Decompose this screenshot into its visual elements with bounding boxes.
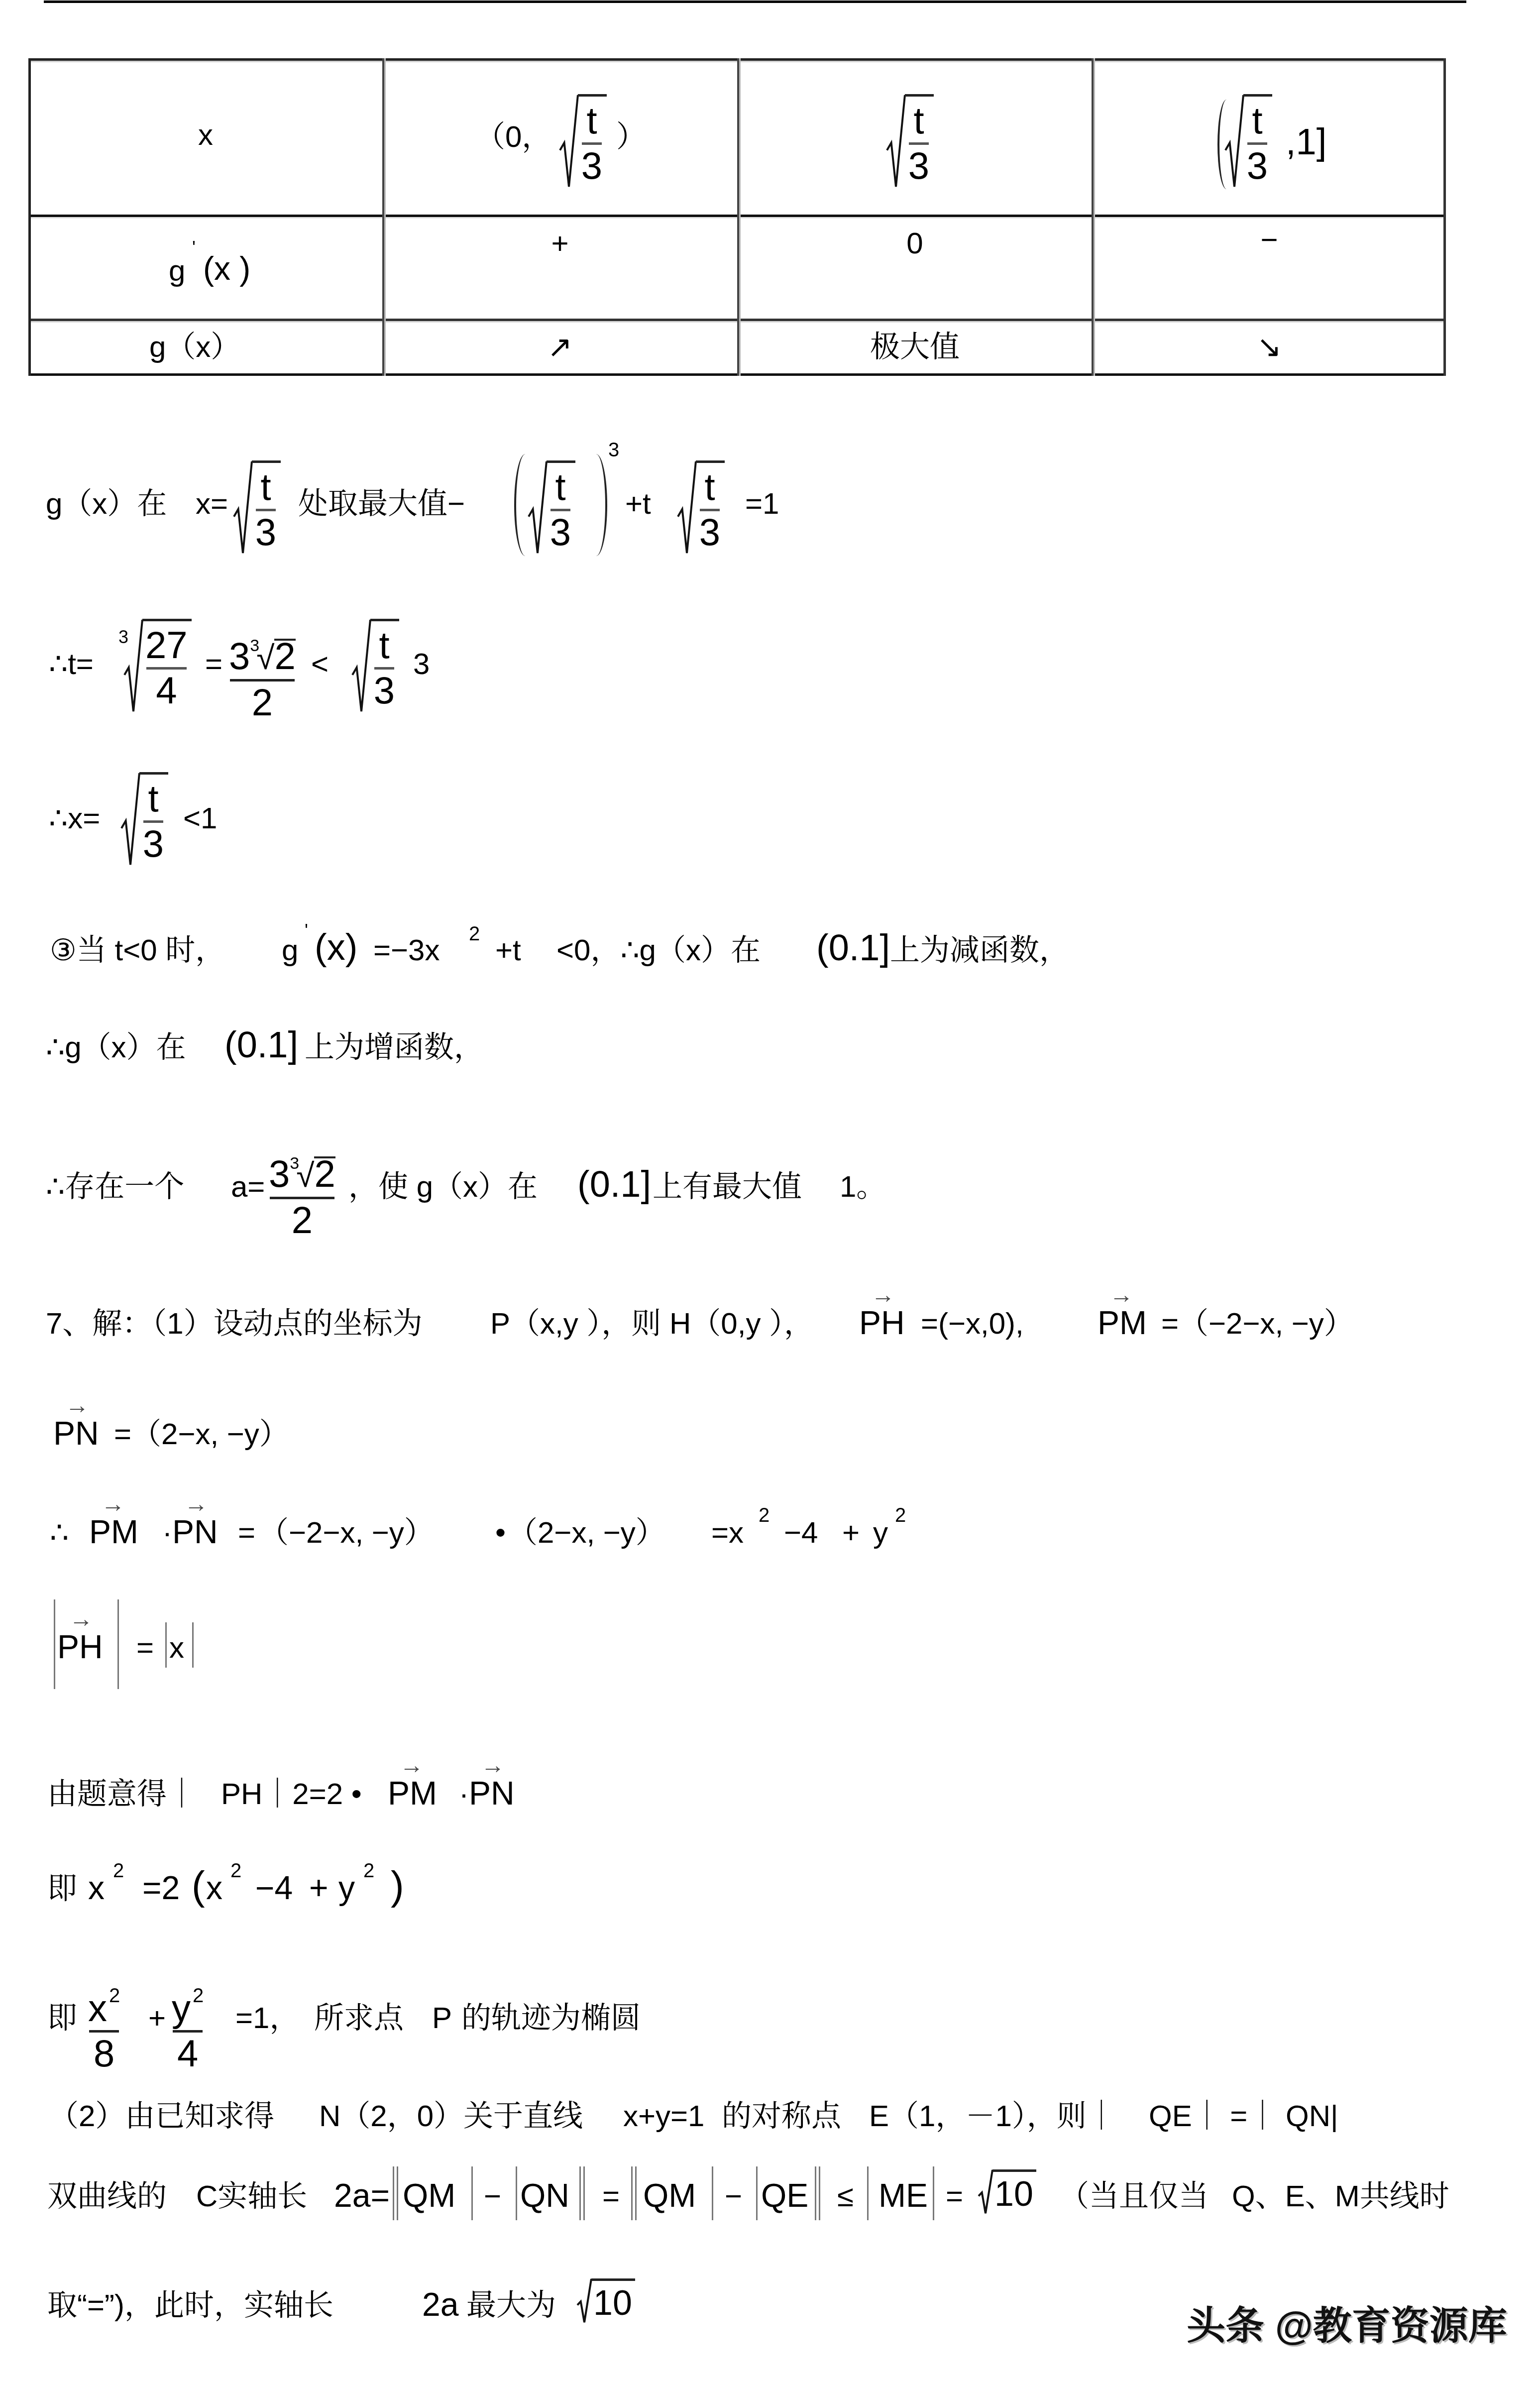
vector-label: PN xyxy=(172,1513,218,1550)
sqrt-t-over-3: t3 xyxy=(121,772,168,866)
text: =1， xyxy=(235,2003,299,2033)
text: + xyxy=(148,2003,166,2033)
numerator: y2 xyxy=(172,1974,204,2030)
text: = xyxy=(205,649,222,679)
denominator: 3 xyxy=(1247,145,1268,188)
max-value-cell: 极大值 xyxy=(738,332,1092,362)
vector-label: PN xyxy=(53,1415,99,1452)
text: < xyxy=(311,649,329,679)
abs-bar xyxy=(471,2166,473,2220)
radicand: 10 xyxy=(591,2278,635,2323)
paren-right: ) xyxy=(391,1866,404,1906)
text: g（x）在 xyxy=(46,489,167,519)
abs-bar xyxy=(712,2166,713,2220)
text: = xyxy=(946,2181,963,2211)
vector-pn: →PN xyxy=(53,1417,99,1450)
table-col-divider-shade xyxy=(1094,58,1095,376)
text: a= xyxy=(231,1172,265,1202)
abs-bar xyxy=(192,1622,194,1668)
exponent: 2 xyxy=(113,1861,124,1881)
text: y xyxy=(873,1518,888,1548)
sqrt-t-over-3: t3 xyxy=(1225,94,1272,188)
text: N（2，0）关于直线 xyxy=(319,2101,583,2131)
text: 取“=”)，此时，实轴长 xyxy=(47,2290,333,2320)
vector-arrow-icon: → xyxy=(400,1754,424,1778)
sqrt-t-over-3: t3 xyxy=(352,619,399,712)
vector-arrow-icon: → xyxy=(871,1283,895,1307)
sign-cell: + xyxy=(383,228,737,258)
abs-bar xyxy=(165,1622,167,1668)
interval: (0.1] xyxy=(577,1166,651,1203)
numerator: t xyxy=(1252,100,1262,142)
text: x xyxy=(169,1633,184,1663)
table-border-right xyxy=(1443,58,1446,376)
text: （当且仅当 xyxy=(1059,2181,1209,2211)
numerator: x2 xyxy=(88,1974,120,2030)
denominator: 3 xyxy=(581,145,602,188)
sqrt-t-over-3: t3 xyxy=(529,460,575,554)
sqrt-t-over-3: t3 xyxy=(678,460,725,554)
abs-bar xyxy=(54,1599,55,1689)
row-header-x: x xyxy=(198,120,213,150)
text: x= xyxy=(196,489,228,519)
radical-sign-icon xyxy=(529,460,547,554)
text: 上为增函数， xyxy=(305,1032,484,1062)
text: 双曲线的 xyxy=(47,2181,167,2211)
fraction-3-cbrt2-over-2: 33√2 2 xyxy=(229,624,296,724)
text: =x xyxy=(711,1518,744,1548)
interval: (0.1] xyxy=(224,1026,298,1063)
text: ③当 t<0 时， xyxy=(50,935,225,965)
denominator: 2 xyxy=(252,681,273,724)
text: ∴存在一个 xyxy=(46,1172,184,1202)
abs-bar xyxy=(397,2166,398,2220)
radical-sign-icon xyxy=(577,2278,591,2323)
table-border-left xyxy=(28,58,31,376)
text: 1。 xyxy=(840,1172,886,1202)
abs-bar xyxy=(635,2166,637,2220)
text: PH｜2=2 • xyxy=(221,1779,362,1809)
denominator: 4 xyxy=(156,670,177,712)
exponent: 2 xyxy=(895,1505,906,1525)
radical-sign-icon xyxy=(121,772,139,866)
text: =1 xyxy=(745,489,779,519)
exponent: 2 xyxy=(230,1861,241,1881)
text: <1 xyxy=(183,803,217,833)
text: （2）由已知求得 xyxy=(49,2101,274,2131)
text: 2a xyxy=(422,2288,458,2321)
text: 3 xyxy=(413,649,430,679)
text: + xyxy=(842,1518,860,1548)
numerator: t xyxy=(586,100,597,142)
sign-cell: − xyxy=(1092,225,1446,255)
text: • xyxy=(495,1518,506,1548)
fraction-y2-over-4: y2 4 xyxy=(172,1974,204,2075)
text: P xyxy=(432,2003,452,2033)
radical-sign-icon xyxy=(1225,94,1243,188)
text: 的对称点 xyxy=(722,2101,841,2131)
big-paren-left xyxy=(514,454,530,556)
text: =2 xyxy=(142,1871,180,1904)
denominator: 3 xyxy=(550,511,571,554)
denominator: 3 xyxy=(255,511,276,554)
text: x xyxy=(206,1871,222,1904)
watermark: 头条 @教育资源库 xyxy=(1187,2306,1507,2346)
text: 即 xyxy=(47,2003,77,2033)
radical-sign-icon xyxy=(560,94,578,188)
sqrt-t-over-3: t3 xyxy=(234,460,281,554)
denominator: 3 xyxy=(699,511,720,554)
text: ∴x= xyxy=(49,803,100,833)
radical-sign-icon xyxy=(234,460,252,554)
text: +t xyxy=(625,489,651,519)
text: ME xyxy=(879,2179,928,2212)
abs-bar xyxy=(819,2166,820,2220)
radical-sign-icon xyxy=(678,460,696,554)
vector-label: PN xyxy=(469,1775,515,1812)
abs-bar xyxy=(815,2166,816,2220)
prime-mark: ' xyxy=(192,239,196,257)
paren-left: ( xyxy=(192,1866,205,1906)
abs-bar xyxy=(756,2166,758,2220)
text: g xyxy=(282,935,298,965)
text: =−3x xyxy=(373,935,440,965)
text: (x) xyxy=(315,929,357,966)
text: 处取最大值− xyxy=(298,489,465,519)
denominator: 8 xyxy=(94,2033,114,2075)
text: 由题意得｜ xyxy=(47,1779,197,1809)
text: 上为减函数， xyxy=(890,935,1069,965)
text: + xyxy=(309,1871,329,1904)
abs-bar xyxy=(393,2166,394,2220)
numerator: t xyxy=(913,100,924,142)
text: =(−x,0), xyxy=(921,1309,1024,1339)
text: =（2−x, −y） xyxy=(114,1419,289,1449)
text: − xyxy=(484,2181,501,2211)
row-header-g: g xyxy=(169,256,185,286)
abs-bar xyxy=(867,2166,869,2220)
denominator: 2 xyxy=(292,1199,313,1242)
table-col-divider-shade xyxy=(384,58,386,376)
text: （2−x, −y） xyxy=(508,1518,665,1548)
sqrt-10: 10 xyxy=(979,2169,1036,2214)
numerator: 33√2 xyxy=(229,624,296,679)
abs-bar xyxy=(117,1599,119,1689)
numerator: t xyxy=(555,466,565,509)
abs-bar xyxy=(579,2166,581,2220)
prime-mark: ' xyxy=(305,922,308,940)
vector-arrow-icon: → xyxy=(184,1492,208,1516)
text: QM xyxy=(403,2179,455,2212)
denominator: 4 xyxy=(177,2033,198,2075)
text: −4 xyxy=(255,1871,293,1904)
cube-root-27-over-4: 274 xyxy=(124,619,192,712)
text: +t xyxy=(495,935,521,965)
top-rule xyxy=(44,0,1466,3)
text: 2a= xyxy=(334,2179,390,2212)
radical-sign-icon xyxy=(124,619,142,712)
text: QE xyxy=(761,2179,808,2212)
vector-arrow-icon: → xyxy=(1109,1283,1133,1307)
denominator: 3 xyxy=(908,145,929,188)
radicand: 2 xyxy=(314,1156,335,1190)
text: Q、E、M共线时 xyxy=(1232,2181,1449,2211)
text: C实轴长 xyxy=(196,2181,307,2211)
coefficient: 3 xyxy=(229,635,250,678)
interval-open: （0， xyxy=(475,122,551,152)
exponent: 2 xyxy=(469,924,480,944)
text: =（−2−x, −y） xyxy=(1161,1309,1354,1339)
text: − xyxy=(725,2181,742,2211)
text: QM xyxy=(643,2179,696,2212)
interval-close: ,1] xyxy=(1286,123,1326,160)
radical-sign-icon xyxy=(979,2169,992,2214)
text: = xyxy=(136,1633,154,1663)
abs-bar xyxy=(516,2166,517,2220)
big-paren-right xyxy=(591,454,607,556)
denominator: 3 xyxy=(374,670,395,712)
exponent: 3 xyxy=(608,440,619,460)
text: ∴g（x）在 xyxy=(46,1032,186,1062)
vector-ph: →PH xyxy=(57,1630,103,1663)
dot-operator: · xyxy=(459,1779,469,1809)
vector-label: PH xyxy=(859,1304,905,1341)
vector-arrow-icon: → xyxy=(101,1492,125,1516)
dot-operator: · xyxy=(162,1518,172,1548)
denominator: 3 xyxy=(143,823,164,866)
row-header-arg: (x ) xyxy=(203,252,250,285)
numerator: t xyxy=(379,624,389,667)
text: （−2−x, −y） xyxy=(259,1518,434,1548)
variable: x xyxy=(88,1987,107,2030)
text: x+y=1 xyxy=(623,2101,704,2131)
exponent: 2 xyxy=(193,1985,204,2007)
variable: y xyxy=(172,1987,191,2030)
vector-pn: →PN xyxy=(172,1515,218,1548)
v…ector-arrow-icon: → xyxy=(481,1754,505,1778)
exponent: 2 xyxy=(363,1861,374,1881)
radical-sign-icon xyxy=(887,94,905,188)
vector-label: PM xyxy=(89,1513,138,1550)
numerator: 33√2 xyxy=(269,1142,335,1197)
interval: (0.1] xyxy=(816,929,890,966)
text: 7、解：（1）设动点的坐标为 xyxy=(46,1309,423,1339)
vector-pn: →PN xyxy=(469,1777,515,1810)
text: = xyxy=(238,1518,255,1548)
sqrt-10: 10 xyxy=(577,2278,635,2323)
vector-pm: →PM xyxy=(89,1515,138,1548)
text: 即 xyxy=(47,1874,77,1904)
text: ∴t= xyxy=(49,649,94,679)
text: QE｜ =｜ QN| xyxy=(1149,2101,1338,2131)
numerator: t xyxy=(260,466,271,509)
text: ≤ xyxy=(837,2181,854,2211)
text: y xyxy=(338,1871,355,1904)
text: 上有最大值 xyxy=(653,1172,802,1202)
text: −4 xyxy=(784,1518,818,1548)
sqrt-t-over-3: t3 xyxy=(560,94,607,188)
vector-label: PM xyxy=(388,1775,437,1812)
vector-label: PM xyxy=(1098,1304,1147,1341)
vector-ph: →PH xyxy=(859,1306,905,1339)
text: QN xyxy=(520,2179,569,2212)
exponent: 2 xyxy=(109,1985,120,2007)
vector-pm: →PM xyxy=(388,1777,437,1810)
numerator: t xyxy=(704,466,715,509)
exponent: 2 xyxy=(759,1505,770,1525)
abs-bar xyxy=(933,2166,934,2220)
text: 最大为 xyxy=(466,2290,556,2320)
radical-sign-icon: √ xyxy=(256,639,274,676)
fraction-3-cbrt2-over-2: 33√2 2 xyxy=(269,1142,335,1242)
radical-sign-icon xyxy=(352,619,370,712)
table-col-divider-shade xyxy=(739,58,741,376)
radicand: 2 xyxy=(274,639,295,673)
vector-label: PH xyxy=(57,1628,103,1665)
interval-close: ） xyxy=(616,122,646,152)
numerator: t xyxy=(148,778,158,820)
sqrt-t-over-3: t3 xyxy=(887,94,934,188)
text: = xyxy=(602,2181,620,2211)
text: P（x,y ），则 H（0,y ）， xyxy=(490,1309,814,1339)
radicand: 10 xyxy=(992,2169,1036,2214)
text: ，使 g（x）在 xyxy=(348,1172,538,1202)
fraction-x2-over-8: x2 8 xyxy=(88,1974,120,2075)
decreasing-arrow-icon: ↘ xyxy=(1092,332,1446,362)
text: 所求点 xyxy=(314,2003,404,2033)
abs-bar xyxy=(583,2166,585,2220)
abs-bar xyxy=(631,2166,633,2220)
vector-arrow-icon: → xyxy=(69,1607,93,1631)
numerator: 27 xyxy=(145,624,188,667)
text: ∴ xyxy=(50,1518,69,1548)
radical-sign-icon: √ xyxy=(296,1157,314,1194)
text: E（1，－1），则｜ xyxy=(869,2101,1116,2131)
increasing-arrow-icon: ↗ xyxy=(383,332,737,362)
text: 的轨迹为椭圆 xyxy=(461,2003,641,2033)
vector-pm: →PM xyxy=(1098,1306,1147,1339)
sign-cell: 0 xyxy=(738,228,1092,258)
vector-arrow-icon: → xyxy=(65,1394,89,1418)
coefficient: 3 xyxy=(269,1153,290,1195)
text: <0，∴g（x）在 xyxy=(556,935,761,965)
text: x xyxy=(88,1871,105,1904)
row-header-gx: g（x） xyxy=(149,332,240,362)
